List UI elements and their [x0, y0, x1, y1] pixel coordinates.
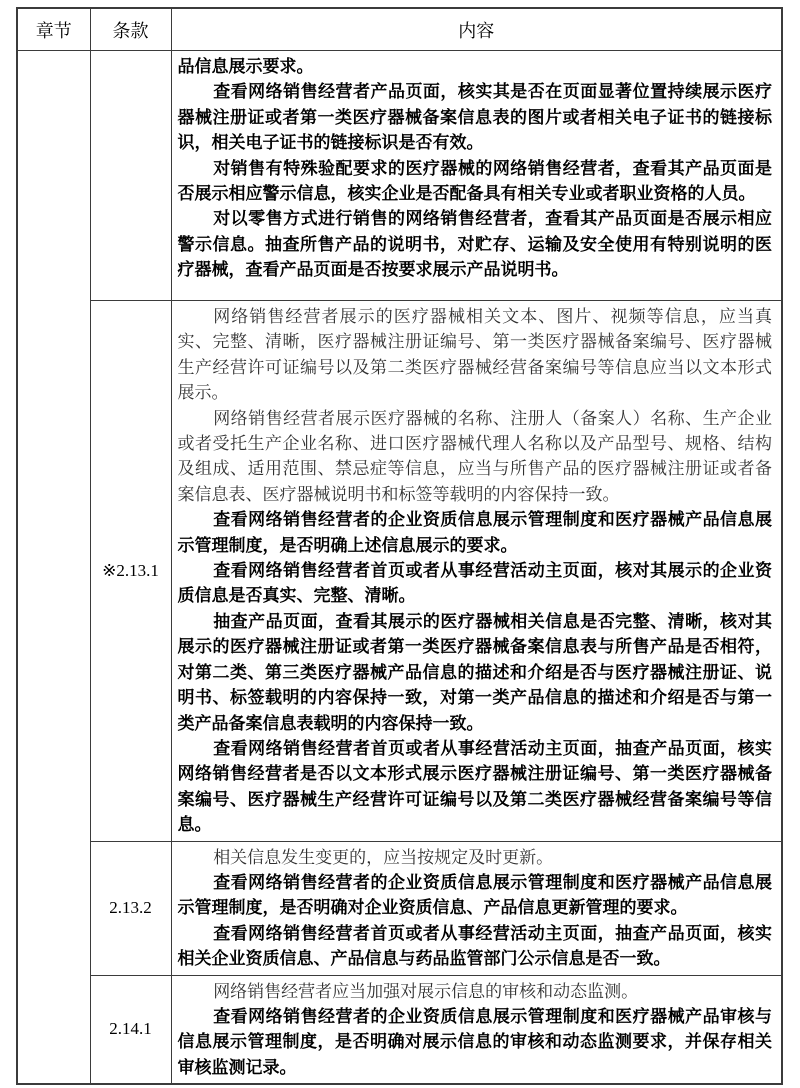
content-cell: 品信息展示要求。 查看网络销售经营者产品页面，核实其是否在页面显著位置持续展示医…: [171, 51, 782, 301]
content-paragraph: 品信息展示要求。: [178, 54, 773, 79]
table-row: 2.14.1 网络销售经营者应当加强对展示信息的审核和动态监测。 查看网络销售经…: [17, 975, 782, 1084]
content-paragraph: 相关信息发生变更的，应当按规定及时更新。: [178, 845, 773, 870]
inspection-checklist-table: 章节 条款 内容 品信息展示要求。 查看网络销售经营者产品页面，核实其是否在页面…: [16, 7, 783, 1085]
content-paragraph: 查看网络销售经营者首页或者从事经营活动主页面，抽查产品页面，核实相关企业资质信息…: [178, 921, 773, 972]
clause-cell: 2.13.2: [90, 841, 171, 975]
clause-cell: [90, 51, 171, 301]
content-paragraph: 对以零售方式进行销售的网络销售经营者，查看其产品页面是否展示相应警示信息。抽查所…: [178, 206, 773, 282]
clause-cell: 2.14.1: [90, 975, 171, 1084]
content-paragraph: 网络销售经营者应当加强对展示信息的审核和动态监测。: [178, 979, 773, 1004]
content-paragraph: 查看网络销售经营者产品页面，核实其是否在页面显著位置持续展示医疗器械注册证或者第…: [178, 79, 773, 155]
table-row: 品信息展示要求。 查看网络销售经营者产品页面，核实其是否在页面显著位置持续展示医…: [17, 51, 782, 301]
content-cell: 相关信息发生变更的，应当按规定及时更新。 查看网络销售经营者的企业资质信息展示管…: [171, 841, 782, 975]
clause-cell: ※2.13.1: [90, 301, 171, 842]
content-paragraph: 查看网络销售经营者首页或者从事经营活动主页面，抽查产品页面，核实网络销售经营者是…: [178, 736, 773, 838]
table-row: 2.13.2 相关信息发生变更的，应当按规定及时更新。 查看网络销售经营者的企业…: [17, 841, 782, 975]
content-cell: 网络销售经营者应当加强对展示信息的审核和动态监测。 查看网络销售经营者的企业资质…: [171, 975, 782, 1084]
content-cell: 网络销售经营者展示的医疗器械相关文本、图片、视频等信息，应当真实、完整、清晰，医…: [171, 301, 782, 842]
table-header-row: 章节 条款 内容: [17, 8, 782, 51]
content-paragraph: 对销售有特殊验配要求的医疗器械的网络销售经营者，查看其产品页面是否展示相应警示信…: [178, 156, 773, 207]
table-row: ※2.13.1 网络销售经营者展示的医疗器械相关文本、图片、视频等信息，应当真实…: [17, 301, 782, 842]
chapter-cell: [17, 51, 90, 1085]
content-paragraph: 查看网络销售经营者的企业资质信息展示管理制度和医疗器械产品信息展示管理制度，是否…: [178, 870, 773, 921]
content-paragraph: 网络销售经营者展示医疗器械的名称、注册人（备案人）名称、生产企业或者受托生产企业…: [178, 406, 773, 508]
content-paragraph: 查看网络销售经营者首页或者从事经营活动主页面，核对其展示的企业资质信息是否真实、…: [178, 558, 773, 609]
content-paragraph: 抽查产品页面，查看其展示的医疗器械相关信息是否完整、清晰，核对其展示的医疗器械注…: [178, 609, 773, 736]
content-paragraph: 查看网络销售经营者的企业资质信息展示管理制度和医疗器械产品审核与信息展示管理制度…: [178, 1004, 773, 1080]
header-clause: 条款: [90, 8, 171, 51]
content-paragraph: 查看网络销售经营者的企业资质信息展示管理制度和医疗器械产品信息展示管理制度，是否…: [178, 507, 773, 558]
content-paragraph: 网络销售经营者展示的医疗器械相关文本、图片、视频等信息，应当真实、完整、清晰，医…: [178, 304, 773, 406]
header-content: 内容: [171, 8, 782, 51]
header-chapter: 章节: [17, 8, 90, 51]
document-page: 章节 条款 内容 品信息展示要求。 查看网络销售经营者产品页面，核实其是否在页面…: [0, 0, 800, 1088]
